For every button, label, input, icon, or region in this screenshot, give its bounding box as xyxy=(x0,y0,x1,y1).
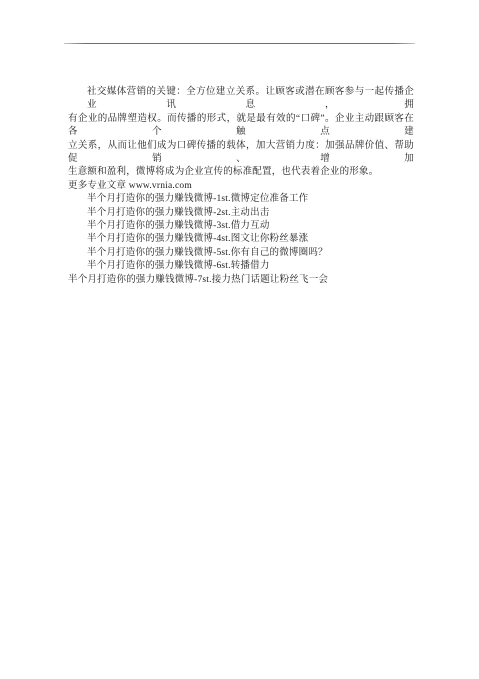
list-item: 半个月打造你的强力赚钱微博-3st.借力互动 xyxy=(68,220,414,233)
paragraph-line: 有企业的品牌塑造权。而传播的形式，就是最有效的“口碑”。企业主动跟顾客在各个触点… xyxy=(68,113,414,140)
document-page: 社交媒体营销的关键：全方位建立关系。让顾客或潜在顾客参与一起传播企业讯息，拥 有… xyxy=(0,0,479,679)
document-body: 社交媒体营销的关键：全方位建立关系。让顾客或潜在顾客参与一起传播企业讯息，拥 有… xyxy=(68,86,414,287)
more-articles-link-line[interactable]: 更多专业文章 www.vrnia.com xyxy=(68,180,414,193)
paragraph-line: 立关系，从而让他们成为口碑传播的载体，加大营销力度：加强品牌价值、帮助促销、增加 xyxy=(68,140,414,167)
list-item-footer: 半个月打造你的强力赚钱微博-7st.接力热门话题让粉丝飞一会 xyxy=(68,274,414,287)
top-divider-rule xyxy=(64,43,415,44)
list-item: 半个月打造你的强力赚钱微博-1st.微博定位准备工作 xyxy=(68,193,414,206)
list-item: 半个月打造你的强力赚钱微博-2st.主动出击 xyxy=(68,207,414,220)
list-item: 半个月打造你的强力赚钱微博-4st.图文让你粉丝暴涨 xyxy=(68,233,414,246)
list-item: 半个月打造你的强力赚钱微博-5st.你有自己的微博圈吗？ xyxy=(68,247,414,260)
paragraph-line: 生意额和盈利，微博将成为企业宣传的标准配置，也代表着企业的形象。 xyxy=(68,166,414,179)
paragraph-line: 社交媒体营销的关键：全方位建立关系。让顾客或潜在顾客参与一起传播企业讯息，拥 xyxy=(68,86,414,113)
list-item: 半个月打造你的强力赚钱微博-6st.转播借力 xyxy=(68,260,414,273)
